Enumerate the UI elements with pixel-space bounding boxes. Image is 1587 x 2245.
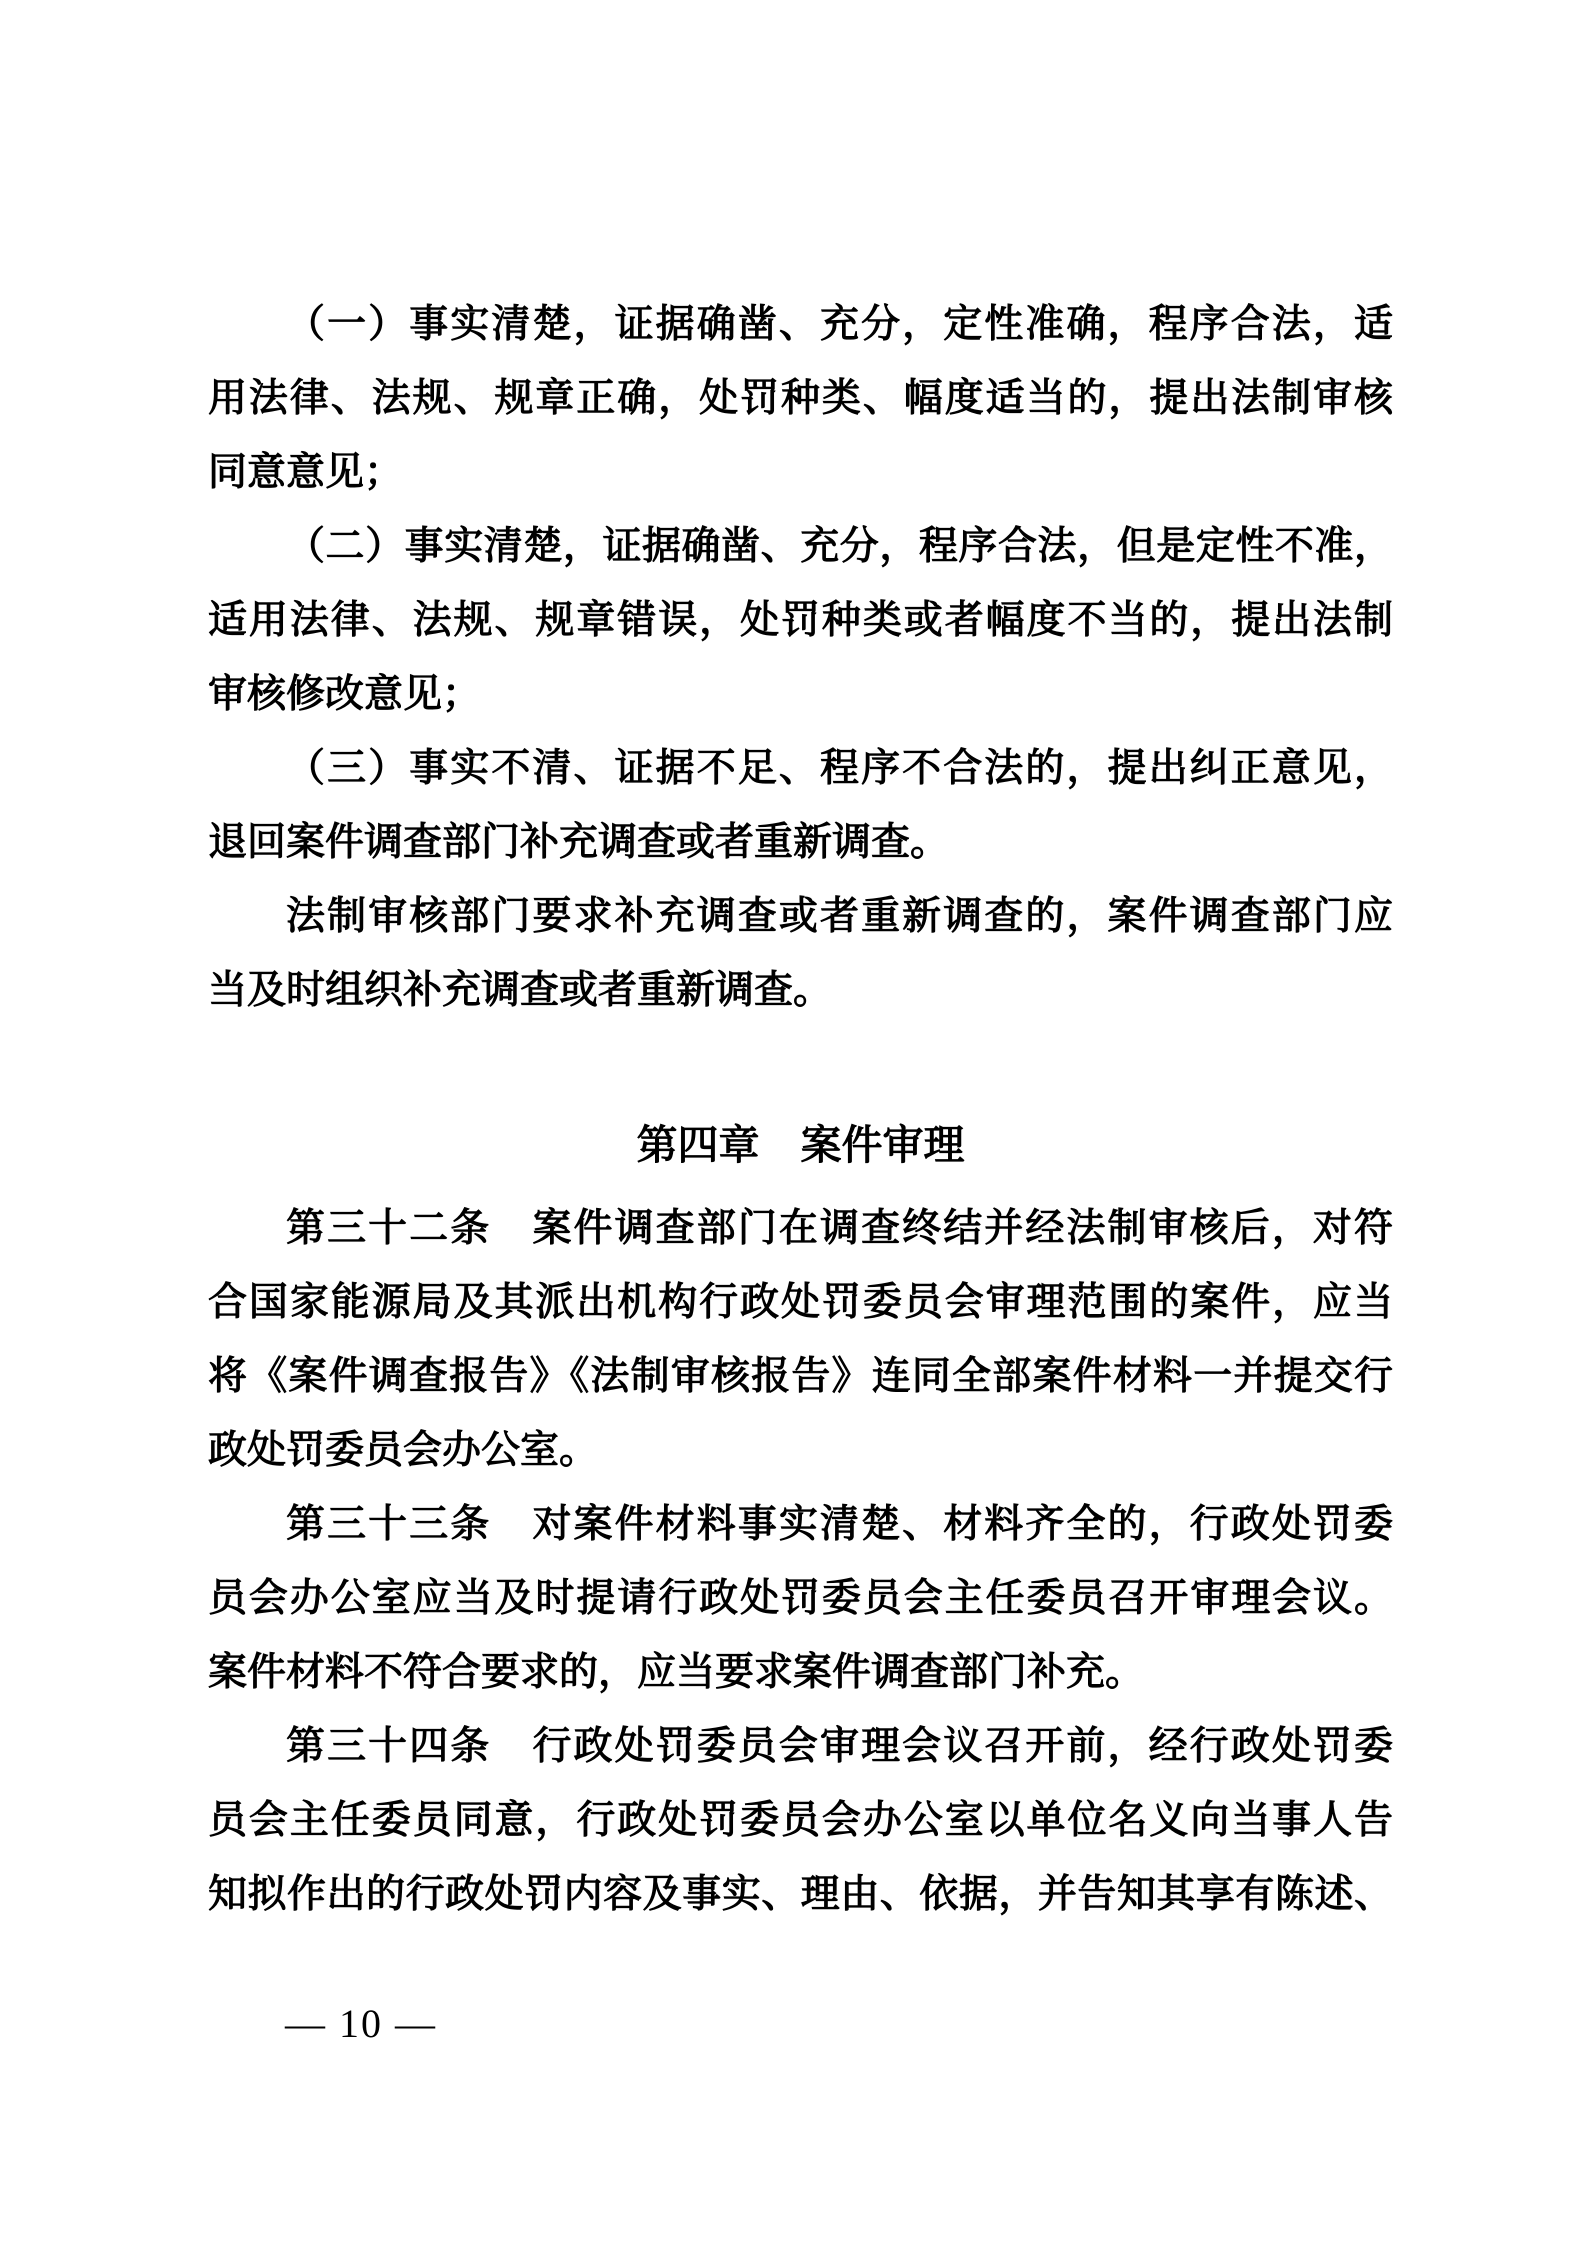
text-block: （一）事实清楚，证据确凿、充分，定性准确，程序合法，适用法律、法规、规章正确，处… bbox=[208, 288, 1393, 1932]
body-line: 第三十三条 对案件材料事实清楚、材料齐全的，行政处罚委 bbox=[208, 1488, 1393, 1562]
chapter-heading: 第四章 案件审理 bbox=[208, 1108, 1393, 1182]
body-line: 第三十四条 行政处罚委员会审理会议召开前，经行政处罚委 bbox=[208, 1710, 1393, 1784]
body-line: 当及时组织补充调查或者重新调查。 bbox=[208, 954, 1393, 1028]
body-line: 审核修改意见； bbox=[208, 658, 1393, 732]
body-line: 将《案件调查报告》《法制审核报告》连同全部案件材料一并提交行 bbox=[208, 1340, 1393, 1414]
body-line: 适用法律、法规、规章错误，处罚种类或者幅度不当的，提出法制 bbox=[208, 584, 1393, 658]
page-number: — 10 — bbox=[285, 2002, 437, 2046]
body-line: 案件材料不符合要求的，应当要求案件调查部门补充。 bbox=[208, 1636, 1393, 1710]
body-line: 第三十二条 案件调查部门在调查终结并经法制审核后，对符 bbox=[208, 1192, 1393, 1266]
body-line: （一）事实清楚，证据确凿、充分，定性准确，程序合法，适 bbox=[208, 288, 1393, 362]
body-line: 同意意见； bbox=[208, 436, 1393, 510]
body-line: （三）事实不清、证据不足、程序不合法的，提出纠正意见， bbox=[208, 732, 1393, 806]
body-line: 合国家能源局及其派出机构行政处罚委员会审理范围的案件，应当 bbox=[208, 1266, 1393, 1340]
body-line: 知拟作出的行政处罚内容及事实、理由、依据，并告知其享有陈述、 bbox=[208, 1858, 1393, 1932]
body-line: 用法律、法规、规章正确，处罚种类、幅度适当的，提出法制审核 bbox=[208, 362, 1393, 436]
body-line: 员会主任委员同意，行政处罚委员会办公室以单位名义向当事人告 bbox=[208, 1784, 1393, 1858]
body-line: 政处罚委员会办公室。 bbox=[208, 1414, 1393, 1488]
body-line: 法制审核部门要求补充调查或者重新调查的，案件调查部门应 bbox=[208, 880, 1393, 954]
body-line: 员会办公室应当及时提请行政处罚委员会主任委员召开审理会议。 bbox=[208, 1562, 1393, 1636]
body-line: （二）事实清楚，证据确凿、充分，程序合法，但是定性不准， bbox=[208, 510, 1393, 584]
body-line: 退回案件调查部门补充调查或者重新调查。 bbox=[208, 806, 1393, 880]
document-page: （一）事实清楚，证据确凿、充分，定性准确，程序合法，适用法律、法规、规章正确，处… bbox=[0, 0, 1587, 2245]
